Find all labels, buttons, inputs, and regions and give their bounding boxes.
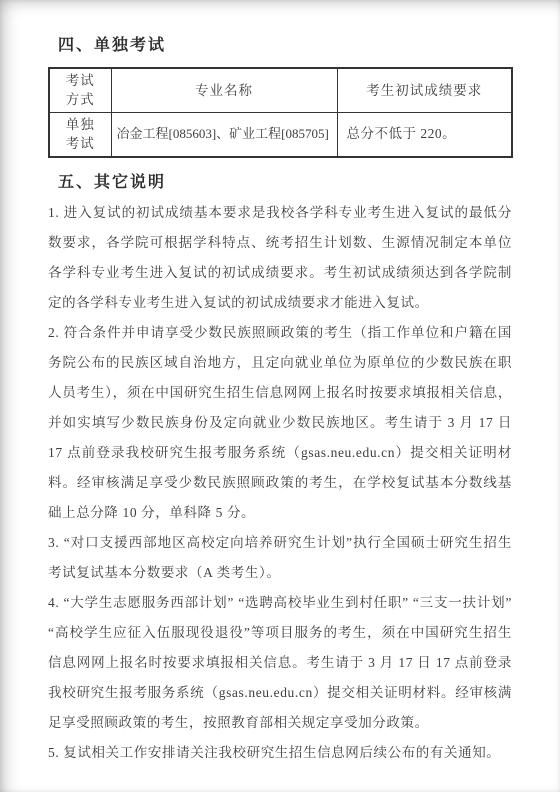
- section-heading-other-notes: 五、其它说明: [58, 173, 512, 193]
- section-heading-separate-exam: 四、单独考试: [58, 36, 512, 56]
- note-paragraph-5: 5. 复试相关工作安排请关注我校研究生招生信息网后续公布的有关通知。: [48, 738, 512, 768]
- separate-exam-table: 考试方式 专业名称 考生初试成绩要求 单独考试 冶金工程[085603]、矿业工…: [48, 67, 513, 158]
- notes-body: 1. 进入复试的初试成绩基本要求是我校各学科专业考生进入复试的最低分数要求，各学…: [48, 198, 512, 768]
- cell-score-requirement: 总分不低于 220。: [337, 112, 512, 157]
- table-header-row: 考试方式 专业名称 考生初试成绩要求: [49, 68, 512, 112]
- cell-majors: 冶金工程[085603]、矿业工程[085705]: [111, 112, 337, 157]
- header-score-requirement: 考生初试成绩要求: [337, 68, 512, 112]
- header-major-name: 专业名称: [111, 68, 337, 112]
- cell-exam-mode: 单独考试: [49, 112, 111, 157]
- table-row: 单独考试 冶金工程[085603]、矿业工程[085705] 总分不低于 220…: [49, 112, 512, 157]
- note-paragraph-4: 4. “大学生志愿服务西部计划” “选聘高校毕业生到村任职” “三支一扶计划” …: [48, 588, 512, 738]
- note-paragraph-2: 2. 符合条件并申请享受少数民族照顾政策的考生（指工作单位和户籍在国务院公布的民…: [48, 318, 512, 528]
- note-paragraph-3: 3. “对口支援西部地区高校定向培养研究生计划”执行全国硕士研究生招生考试复试基…: [48, 528, 512, 588]
- header-exam-mode: 考试方式: [49, 68, 111, 112]
- document-page: 四、单独考试 考试方式 专业名称 考生初试成绩要求 单独考试 冶金工程[0856…: [0, 0, 560, 792]
- note-paragraph-1: 1. 进入复试的初试成绩基本要求是我校各学科专业考生进入复试的最低分数要求，各学…: [48, 198, 512, 318]
